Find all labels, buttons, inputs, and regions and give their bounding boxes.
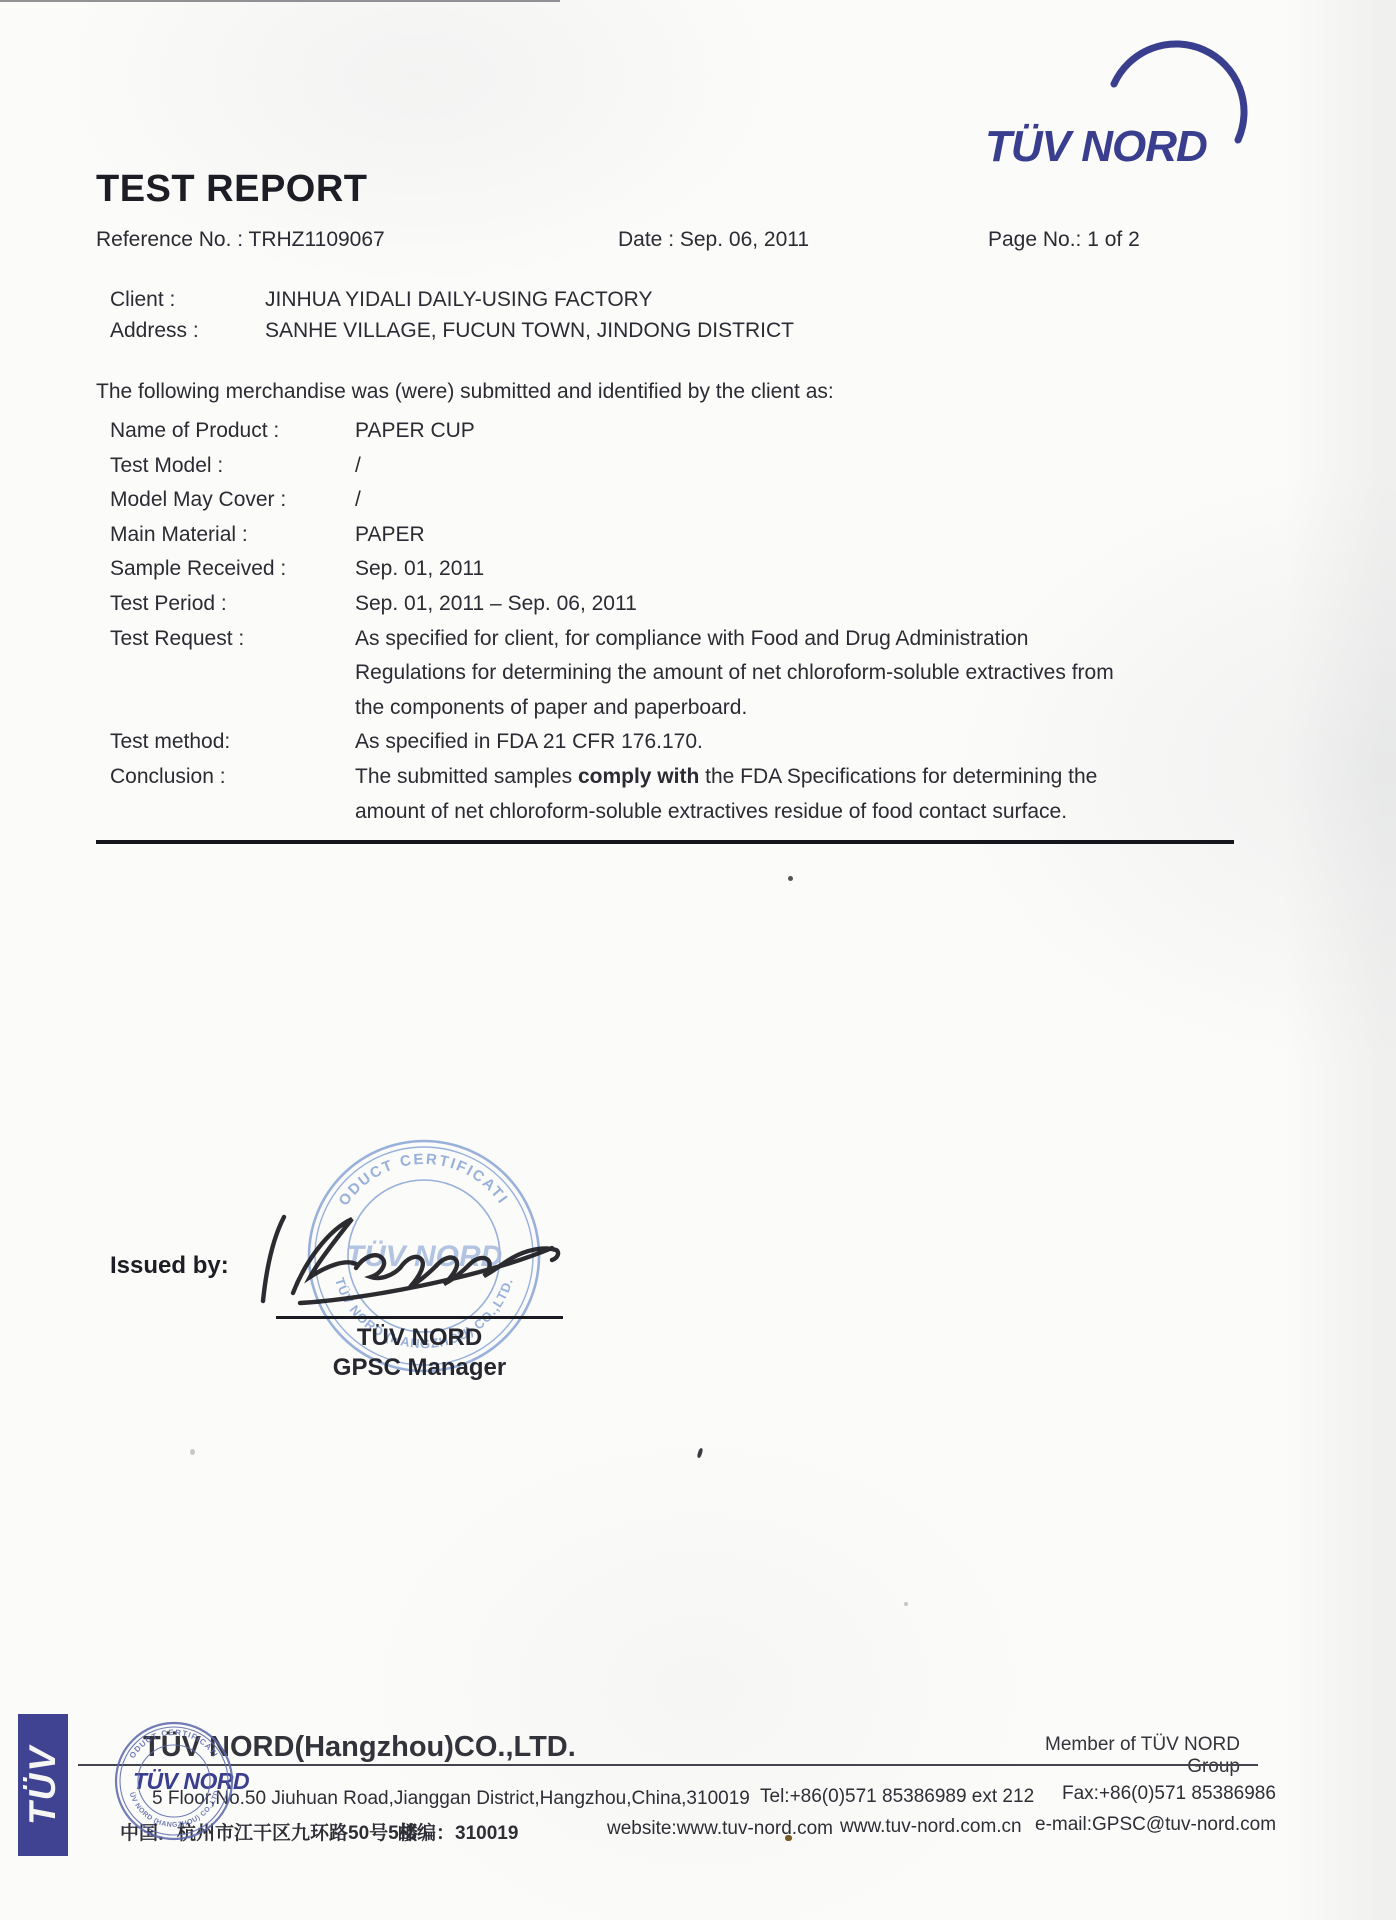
- detail-value: /: [355, 483, 1240, 518]
- detail-value-line: /: [355, 449, 1240, 484]
- signer-organization: TÜV NORD: [276, 1324, 563, 1352]
- detail-value: PAPER CUP: [355, 414, 1240, 449]
- client-value: JINHUA YIDALI DAILY-USING FACTORY: [265, 284, 652, 315]
- footer-address-en: 5 Floor,No.50 Jiuhuan Road,Jianggan Dist…: [152, 1788, 750, 1810]
- detail-value-line: PAPER CUP: [355, 414, 1240, 449]
- client-row: Client : JINHUA YIDALI DAILY-USING FACTO…: [110, 284, 794, 315]
- tuv-nord-logo-text: TÜV NORD: [985, 122, 1207, 172]
- detail-value: PAPER: [355, 518, 1240, 553]
- detail-value-line: the components of paper and paperboard.: [355, 691, 1240, 726]
- stamp-top-text: PRODUCT CERTIFICATION: [302, 1134, 512, 1209]
- detail-value: As specified in FDA 21 CFR 176.170.: [355, 725, 1240, 760]
- scan-speck: [697, 1448, 704, 1459]
- detail-row: Test Period :Sep. 01, 2011 – Sep. 06, 20…: [110, 587, 1240, 622]
- detail-value-line: As specified in FDA 21 CFR 176.170.: [355, 725, 1240, 760]
- detail-row: Test Model :/: [110, 449, 1240, 484]
- detail-value: As specified for client, for compliance …: [355, 622, 1240, 726]
- client-label: Client :: [110, 284, 265, 315]
- footer-website: website:www.tuv-nord.com: [607, 1818, 833, 1840]
- tuv-side-logo: TÜV: [18, 1714, 68, 1856]
- detail-label: Test Request :: [110, 622, 355, 726]
- detail-row: Test Request :As specified for client, f…: [110, 622, 1240, 726]
- footer-email: e-mail:GPSC@tuv-nord.com: [1035, 1814, 1276, 1836]
- detail-value-line: Sep. 01, 2011: [355, 552, 1240, 587]
- detail-value-line: amount of net chloroform-soluble extract…: [355, 795, 1240, 830]
- scan-speck: [904, 1602, 908, 1606]
- issued-by-label: Issued by:: [110, 1252, 229, 1280]
- detail-label: Test Period :: [110, 587, 355, 622]
- section-divider: [96, 840, 1234, 844]
- detail-row: Name of Product :PAPER CUP: [110, 414, 1240, 449]
- address-value: SANHE VILLAGE, FUCUN TOWN, JINDONG DISTR…: [265, 315, 794, 346]
- scan-speck: [190, 1449, 195, 1455]
- detail-value: Sep. 01, 2011: [355, 552, 1240, 587]
- detail-label: Name of Product :: [110, 414, 355, 449]
- report-date: Date : Sep. 06, 2011: [618, 228, 809, 252]
- svg-text:PRODUCT CERTIFICATION: PRODUCT CERTIFICATION: [302, 1134, 512, 1209]
- detail-label: Model May Cover :: [110, 483, 355, 518]
- detail-label: Sample Received :: [110, 552, 355, 587]
- detail-row: Conclusion :The submitted samples comply…: [110, 760, 1240, 829]
- detail-value: /: [355, 449, 1240, 484]
- detail-row: Test method:As specified in FDA 21 CFR 1…: [110, 725, 1240, 760]
- detail-value-line: /: [355, 483, 1240, 518]
- page-title: TEST REPORT: [96, 168, 368, 211]
- detail-label: Test method:: [110, 725, 355, 760]
- footer-telephone: Tel:+86(0)571 85386989 ext 212: [760, 1786, 1034, 1808]
- detail-row: Sample Received :Sep. 01, 2011: [110, 552, 1240, 587]
- details-list: Name of Product :PAPER CUPTest Model :/M…: [110, 414, 1240, 829]
- footer-postcode: 邮编：310019: [398, 1818, 518, 1845]
- test-report-page: TÜV NORD TEST REPORT Reference No. : TRH…: [0, 0, 1396, 1920]
- intro-sentence: The following merchandise was (were) sub…: [96, 380, 834, 404]
- detail-value: The submitted samples comply with the FD…: [355, 760, 1240, 829]
- address-row: Address : SANHE VILLAGE, FUCUN TOWN, JIN…: [110, 315, 794, 346]
- signature-ink: [250, 1200, 580, 1330]
- detail-row: Model May Cover :/: [110, 483, 1240, 518]
- detail-label: Test Model :: [110, 449, 355, 484]
- footer-website-cn: www.tuv-nord.com.cn: [840, 1816, 1022, 1838]
- footer-member-text: Member of TÜV NORD Group: [1008, 1734, 1240, 1778]
- detail-value-line: Regulations for determining the amount o…: [355, 656, 1240, 691]
- signature-line: [276, 1316, 563, 1319]
- detail-value-line: The submitted samples comply with the FD…: [355, 760, 1240, 795]
- client-block: Client : JINHUA YIDALI DAILY-USING FACTO…: [110, 284, 794, 346]
- footer-divider: [78, 1764, 1258, 1766]
- detail-value: Sep. 01, 2011 – Sep. 06, 2011: [355, 587, 1240, 622]
- svg-text:PRODUCT CERTIFICATION: PRODUCT CERTIFICATION: [113, 1720, 220, 1760]
- address-label: Address :: [110, 315, 265, 346]
- footer-fax: Fax:+86(0)571 85386986: [1062, 1783, 1276, 1805]
- footer-certification-stamp: PRODUCT CERTIFICATION TÜV NORD (HANGZHOU…: [113, 1720, 235, 1842]
- footer-stamp-top-text: PRODUCT CERTIFICATION: [113, 1720, 220, 1760]
- tuv-side-logo-text: TÜV: [22, 1745, 64, 1825]
- detail-value-line: Sep. 01, 2011 – Sep. 06, 2011: [355, 587, 1240, 622]
- detail-value-line: PAPER: [355, 518, 1240, 553]
- scan-speck: [788, 876, 793, 881]
- page-number: Page No.: 1 of 2: [988, 228, 1140, 252]
- detail-label: Main Material :: [110, 518, 355, 553]
- scan-edge-artifact: [0, 0, 560, 2]
- reference-number: Reference No. : TRHZ1109067: [96, 228, 385, 252]
- signer-role: GPSC Manager: [276, 1354, 563, 1382]
- detail-label: Conclusion :: [110, 760, 355, 829]
- detail-value-line: As specified for client, for compliance …: [355, 622, 1240, 657]
- detail-row: Main Material :PAPER: [110, 518, 1240, 553]
